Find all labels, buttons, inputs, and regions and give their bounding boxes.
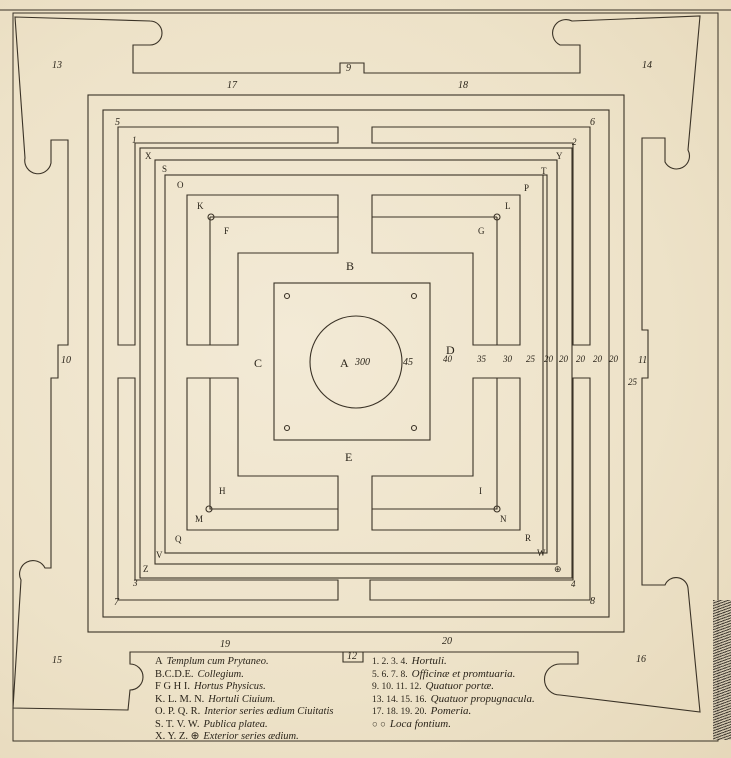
width-4: 20 [544, 355, 553, 364]
label-platea-s: S [162, 165, 167, 174]
label-garden-4: 4 [571, 580, 576, 589]
legend-row: K. L. M. N.Hortuli Ciuium. [155, 694, 333, 707]
label-exterior-x: X [145, 152, 152, 161]
label-hortuli-m: M [195, 515, 203, 524]
label-bastion-14: 14 [642, 61, 652, 71]
label-workshop-5: 5 [115, 118, 120, 128]
legend-row: S. T. V. W.Publica platea. [155, 719, 333, 732]
label-gate-9: 9 [346, 64, 351, 74]
width-gate-11: 25 [628, 378, 637, 387]
label-bastion-16: 16 [636, 655, 646, 665]
adjacent-engraving-fragment [713, 600, 731, 740]
label-gate-10: 10 [61, 356, 71, 366]
legend-row: B.C.D.E.Collegium. [155, 669, 333, 682]
engraved-city-plan: A 300 45 B C D E F G H I K L M N O P Q R… [0, 0, 731, 758]
label-bastion-15: 15 [52, 656, 62, 666]
label-gate-12: 12 [347, 652, 357, 662]
legend-row: F G H I.Hortus Physicus. [155, 681, 333, 694]
label-hortuli-l: L [505, 202, 511, 211]
label-platea-v: V [156, 551, 163, 560]
label-hortuli-k: K [197, 202, 204, 211]
label-interior-p: P [524, 184, 529, 193]
width-5: 20 [559, 355, 568, 364]
label-temple-diameter: 300 [355, 358, 370, 368]
plan-linework [0, 0, 731, 758]
label-collegium-b: B [346, 260, 354, 272]
legend-right: 1. 2. 3. 4.Hortuli. 5. 6. 7. 8.Officinæ … [372, 655, 535, 730]
legend-row: ATemplum cum Prytaneo. [155, 656, 333, 669]
label-bastion-13: 13 [52, 61, 62, 71]
label-exterior-y: Y [556, 152, 563, 161]
label-pomerium-18: 18 [458, 81, 468, 91]
label-workshop-7: 7 [114, 598, 119, 608]
legend-row: 9. 10. 11. 12.Quatuor portæ. [372, 680, 535, 693]
label-platea-t: T [541, 167, 547, 176]
legend-row: O. P. Q. R.Interior series ædium Ciuitat… [155, 706, 333, 719]
legend-row: 5. 6. 7. 8.Officinæ et promtuaria. [372, 668, 535, 681]
label-gate-11: 11 [638, 356, 647, 366]
label-exterior-z: Z [143, 565, 149, 574]
width-7: 20 [593, 355, 602, 364]
label-garden-1: 1 [132, 136, 137, 145]
legend-row: 1. 2. 3. 4.Hortuli. [372, 655, 535, 668]
width-6: 20 [576, 355, 585, 364]
label-hortuli-n: N [500, 515, 507, 524]
width-1: 35 [477, 355, 486, 364]
label-hortus-f: F [224, 227, 229, 236]
label-hortus-i: I [479, 487, 482, 496]
label-platea-w: W [537, 549, 546, 558]
legend-row: 13. 14. 15. 16.Quatuor propugnacula. [372, 693, 535, 706]
width-8: 20 [609, 355, 618, 364]
label-pomerium-19: 19 [220, 640, 230, 650]
label-workshop-8: 8 [590, 597, 595, 607]
label-pomerium-20: 20 [442, 637, 452, 647]
label-garden-3: 3 [133, 579, 138, 588]
label-collegium-c: C [254, 357, 262, 369]
legend-left: ATemplum cum Prytaneo. B.C.D.E.Collegium… [155, 656, 333, 744]
label-garden-2: 2 [572, 138, 577, 147]
legend-row: ○ ○Loca fontium. [372, 718, 535, 731]
label-temple-margin: 45 [403, 358, 413, 368]
legend-row: 17. 18. 19. 20.Pomeria. [372, 705, 535, 718]
label-hortus-g: G [478, 227, 485, 236]
label-temple-a: A [340, 357, 349, 369]
width-2: 30 [503, 355, 512, 364]
label-hortus-h: H [219, 487, 226, 496]
label-interior-o: O [177, 181, 184, 190]
label-collegium-e: E [345, 451, 352, 463]
width-3: 25 [526, 355, 535, 364]
width-0: 40 [443, 355, 452, 364]
label-pomerium-17: 17 [227, 81, 237, 91]
label-interior-q: Q [175, 535, 182, 544]
label-exterior-cross: ⊕ [554, 565, 562, 574]
label-workshop-6: 6 [590, 118, 595, 128]
legend-row: X. Y. Z. ⊕Exterior series ædium. [155, 731, 333, 744]
label-interior-r: R [525, 534, 531, 543]
